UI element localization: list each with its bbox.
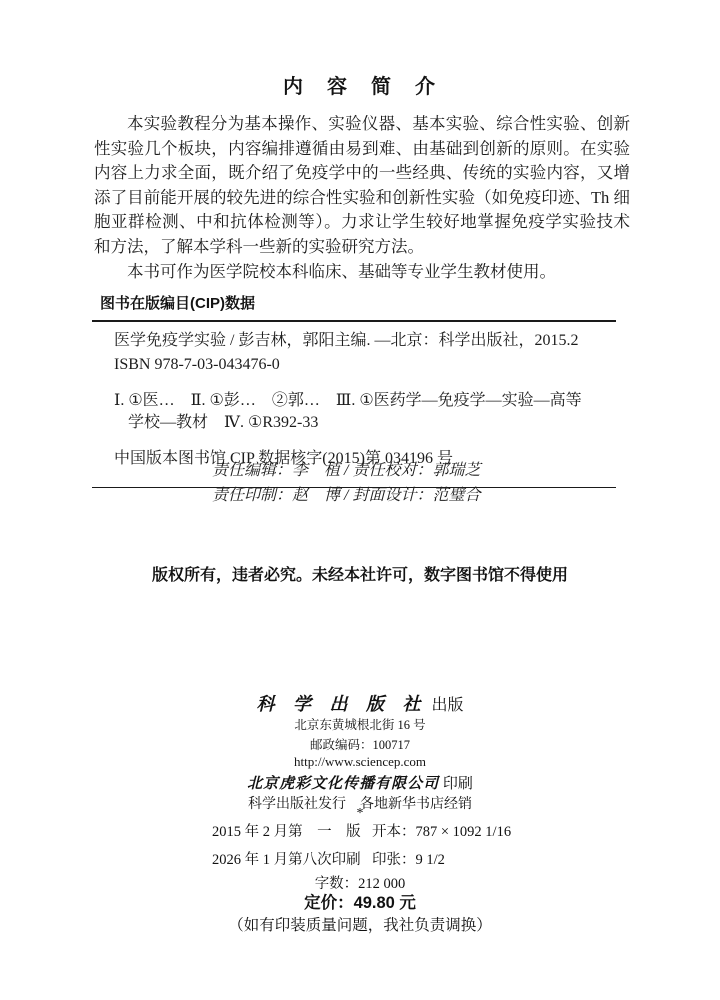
printer-suffix: 印刷 xyxy=(443,776,473,792)
publisher-suffix: 出版 xyxy=(431,697,463,714)
copyright-notice: 版权所有，违者必究。未经本社许可，数字图书馆不得使用 xyxy=(0,562,720,585)
staff-credits: 责任编辑：李 植 / 责任校对：郭瑞芝 责任印制：赵 博 / 封面设计：范璧合 xyxy=(212,458,480,508)
publisher-postcode: 邮政编码：100717 xyxy=(0,735,720,753)
copyright-page: 内 容 简 介 本实验教程分为基本操作、实验仪器、基本实验、综合性实验、创新性实… xyxy=(0,0,720,1000)
format-info: 开本：787 × 1092 1/16 xyxy=(372,818,511,846)
printer-name: 北京虎彩文化传播有限公司 xyxy=(247,776,439,792)
publisher-website: http://www.sciencep.com xyxy=(0,754,720,770)
cip-classification-line1: Ⅰ. ①医… Ⅱ. ①彭… ②郭… Ⅲ. ①医药学—免疫学—实验—高等 xyxy=(114,390,616,412)
printing-info: 2026 年 1 月第八次印刷 xyxy=(212,846,372,874)
cip-body: 医学免疫学实验 / 彭吉林，郭阳主编. —北京：科学出版社，2015.2 ISB… xyxy=(92,322,616,480)
publisher-address: 北京东黄城根北街 16 号 xyxy=(0,715,720,733)
publisher-name: 科 学 出 版 社 xyxy=(256,694,427,714)
sheets-info: 印张：9 1/2 xyxy=(372,846,445,874)
credits-line-editor: 责任编辑：李 植 / 责任校对：郭瑞芝 xyxy=(212,458,480,483)
page-title: 内 容 简 介 xyxy=(0,70,720,99)
price: 定价：49.80 元 xyxy=(0,889,720,913)
intro-paragraph-1: 本实验教程分为基本操作、实验仪器、基本实验、综合性实验、创新性实验几个板块，内容… xyxy=(94,112,630,260)
printer-line: 北京虎彩文化传播有限公司 印刷 xyxy=(0,772,720,793)
publisher-line: 科 学 出 版 社 出版 xyxy=(0,690,720,716)
print-info-row-1: 2015 年 2 月第 一 版 开本：787 × 1092 1/16 xyxy=(212,818,532,846)
cip-classification-line2: 学校—教材 Ⅳ. ①R392-33 xyxy=(114,412,616,434)
intro-paragraph-2: 本书可作为医学院校本科临床、基础等专业学生教材使用。 xyxy=(94,260,630,285)
print-info-block: 2015 年 2 月第 一 版 开本：787 × 1092 1/16 2026 … xyxy=(212,818,532,874)
edition-info: 2015 年 2 月第 一 版 xyxy=(212,818,372,846)
credits-line-printer: 责任印制：赵 博 / 封面设计：范璧合 xyxy=(212,483,480,508)
cip-header: 图书在版编目(CIP)数据 xyxy=(100,292,616,313)
print-info-row-2: 2026 年 1 月第八次印刷 印张：9 1/2 xyxy=(212,846,532,874)
intro-section: 本实验教程分为基本操作、实验仪器、基本实验、综合性实验、创新性实验几个板块，内容… xyxy=(94,112,630,284)
cip-isbn: ISBN 978-7-03-043476-0 xyxy=(114,354,616,376)
exchange-note: （如有印装质量问题，我社负责调换） xyxy=(0,913,720,935)
cip-title-statement: 医学免疫学实验 / 彭吉林，郭阳主编. —北京：科学出版社，2015.2 xyxy=(114,330,616,352)
